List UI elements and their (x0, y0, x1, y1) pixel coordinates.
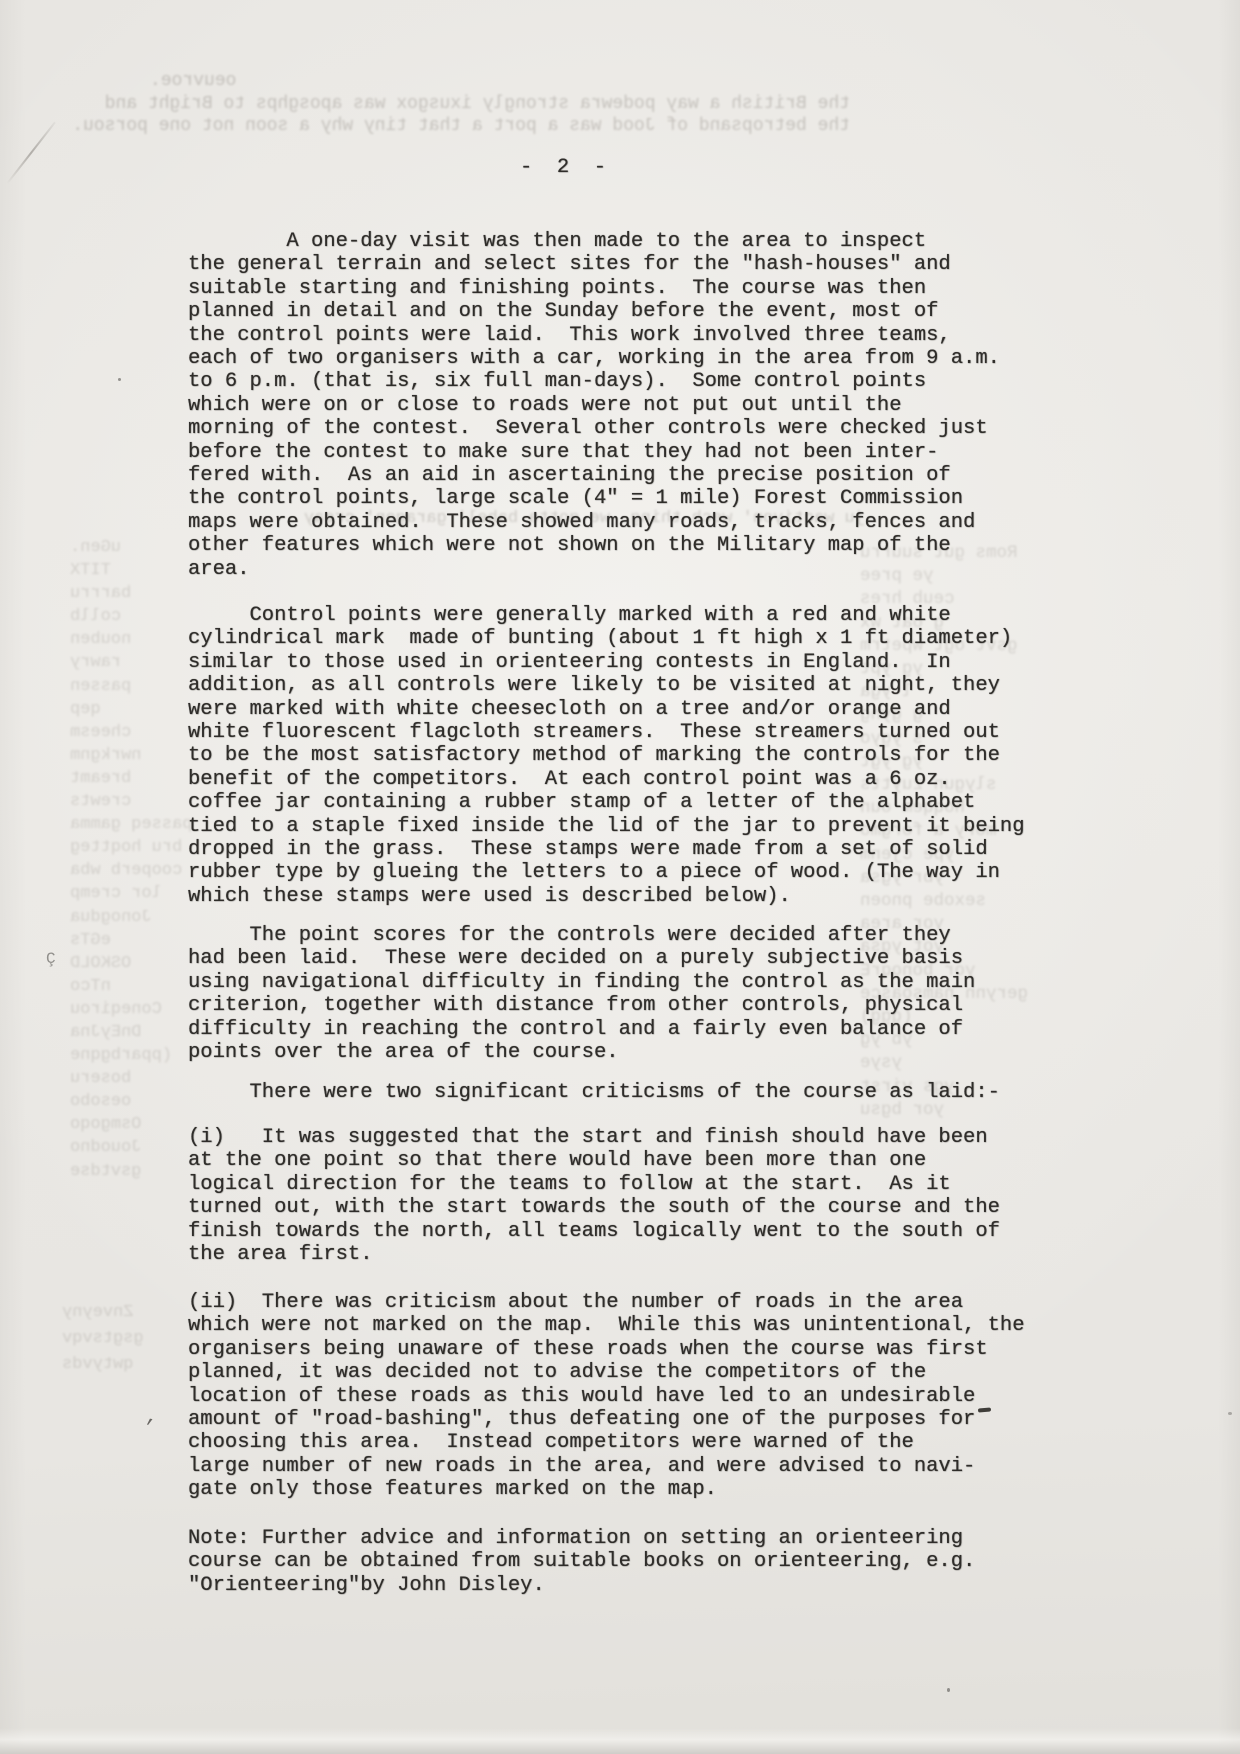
paragraph-control-point-marking: Control points were generally marked wit… (188, 604, 1025, 908)
scanned-document-page: oeuvroe. the British a way podewra stron… (0, 0, 1240, 1754)
corner-crease-line (6, 122, 56, 185)
paragraph-note: Note: Further advice and information on … (188, 1527, 975, 1597)
dust-speck (118, 378, 121, 381)
paragraph-site-visit: A one-day visit was then made to the are… (188, 230, 1000, 581)
paragraph-point-scores: The point scores for the controls were d… (188, 924, 975, 1064)
paragraph-criticism-ii: (ii) There was criticism about the numbe… (188, 1291, 1025, 1502)
bleedthrough-text-top: oeuvroe. the British a way podewra stron… (150, 70, 850, 138)
page-number: - 2 - (188, 156, 938, 179)
bleedthrough-text-lower-left: Znveyny gsgtsvqv qwtyvds (62, 1300, 192, 1378)
scan-bottom-edge (0, 1728, 1240, 1754)
dust-speck (947, 1688, 950, 1692)
stray-letter-mark: Ç (46, 950, 56, 968)
dust-speck (1228, 1412, 1232, 1415)
paragraph-criticisms-intro: There were two significant criticisms of… (188, 1081, 1000, 1104)
paragraph-criticism-i: (i) It was suggested that the start and … (188, 1126, 1000, 1266)
stray-comma-mark: , (144, 1405, 161, 1430)
